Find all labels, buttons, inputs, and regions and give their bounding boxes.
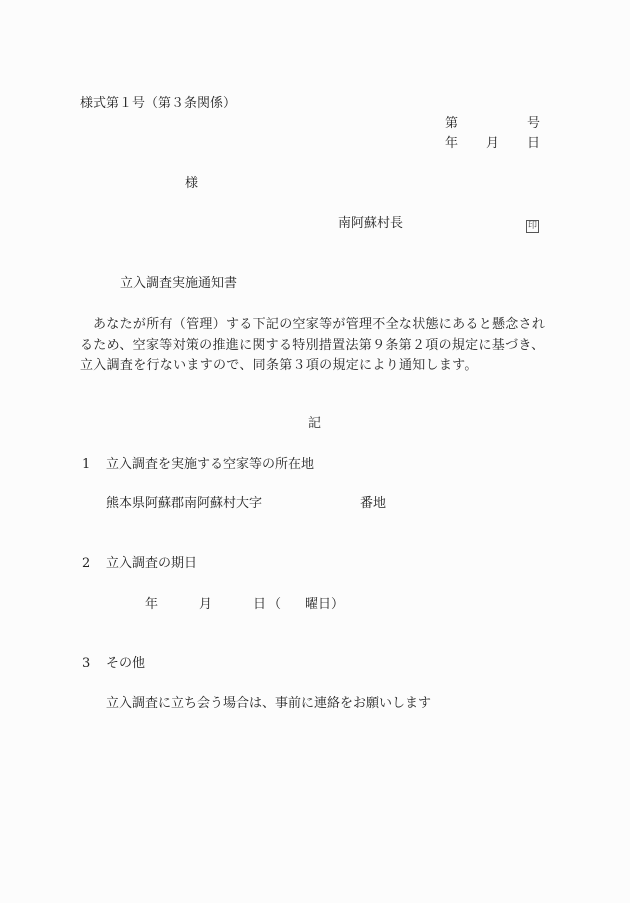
- sender-title: 南阿蘇村長: [338, 216, 403, 232]
- body-line-2: るため、空家等対策の推進に関する特別措置法第９条第２項の規定に基づき、: [80, 338, 544, 354]
- document-title: 立入調査実施通知書: [120, 276, 237, 292]
- form-number: 様式第１号（第３条関係）: [80, 96, 236, 112]
- doc-number-suffix: 号: [527, 116, 540, 132]
- section-3-text: 立入調査に立ち会う場合は、事前に連絡をお願いします: [106, 696, 431, 712]
- section-1-address: 熊本県阿蘇郡南阿蘇村大字: [106, 496, 262, 512]
- section-2-month: 月: [199, 597, 212, 613]
- date-day: 日: [527, 136, 540, 152]
- section-2-heading: 立入調査の期日: [106, 556, 197, 572]
- date-year: 年: [445, 136, 458, 152]
- seal-icon: 印: [526, 217, 539, 233]
- section-1-lot-suffix: 番地: [360, 496, 386, 512]
- section-1-heading: 立入調査を実施する空家等の所在地: [106, 457, 314, 473]
- date-month: 月: [486, 136, 499, 152]
- doc-number-prefix: 第: [445, 116, 458, 132]
- section-3-heading: その他: [106, 656, 145, 672]
- section-2-year: 年: [145, 597, 158, 613]
- section-2-weekday: 曜日）: [305, 597, 344, 613]
- section-2-paren-open: （: [268, 597, 281, 613]
- section-3-number: 3: [82, 656, 90, 672]
- section-1-number: 1: [82, 457, 90, 473]
- section-2-number: 2: [82, 556, 90, 572]
- seal-mark: 印: [526, 220, 539, 233]
- section-2-day: 日: [253, 597, 266, 613]
- body-line-3: 立入調査を行ないますので、同条第３項の規定により通知します。: [80, 358, 478, 374]
- body-line-1: あなたが所有（管理）する下記の空家等が管理不全な状態にあると懸念され: [93, 317, 545, 333]
- addressee-suffix: 様: [185, 176, 198, 192]
- ki-marker: 記: [308, 416, 321, 432]
